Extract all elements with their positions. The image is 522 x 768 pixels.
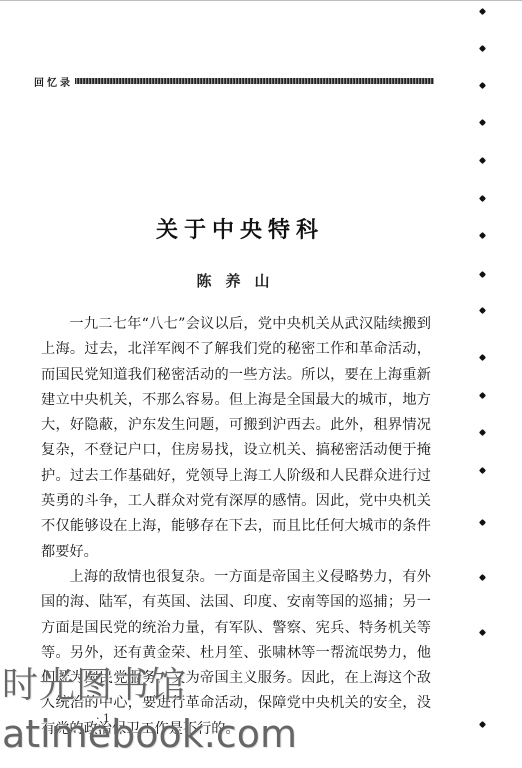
binding-mark-icon [479, 8, 486, 15]
binding-mark-icon [479, 721, 486, 728]
watermark: 时光图书馆 atimebook.com [2, 664, 297, 758]
binding-mark-icon [479, 307, 486, 314]
top-border [0, 0, 522, 1]
binding-mark-icon [479, 157, 486, 164]
watermark-chinese: 时光图书馆 [2, 664, 297, 708]
article-title: 关于中央特科 [0, 213, 480, 244]
scanned-page: 回忆录 关于中央特科 陈养山 一九二七年“八七”会议以后，党中央机关从武汉陆续搬… [0, 0, 522, 768]
binding-mark-icon [479, 392, 486, 399]
binding-marks [480, 0, 500, 768]
binding-mark-icon [479, 271, 486, 278]
binding-mark-icon [479, 45, 486, 52]
binding-mark-icon [479, 82, 486, 89]
watermark-url: atimebook.com [2, 710, 297, 758]
binding-mark-icon [479, 195, 486, 202]
header-rule [75, 78, 434, 84]
binding-mark-icon [479, 519, 486, 526]
binding-mark-icon [479, 429, 486, 436]
binding-mark-icon [479, 467, 486, 474]
binding-mark-icon [479, 119, 486, 126]
binding-mark-icon [479, 232, 486, 239]
binding-mark-icon [479, 574, 486, 581]
binding-mark-icon [479, 629, 486, 636]
binding-mark-icon [479, 354, 486, 361]
article-author: 陈养山 [0, 270, 480, 291]
running-title: 回忆录 [34, 74, 73, 89]
paragraph: 一九二七年“八七”会议以后，党中央机关从武汉陆续搬到上海。过去，北洋军阀不了解我… [41, 312, 431, 565]
running-header: 回忆录 [34, 74, 434, 88]
